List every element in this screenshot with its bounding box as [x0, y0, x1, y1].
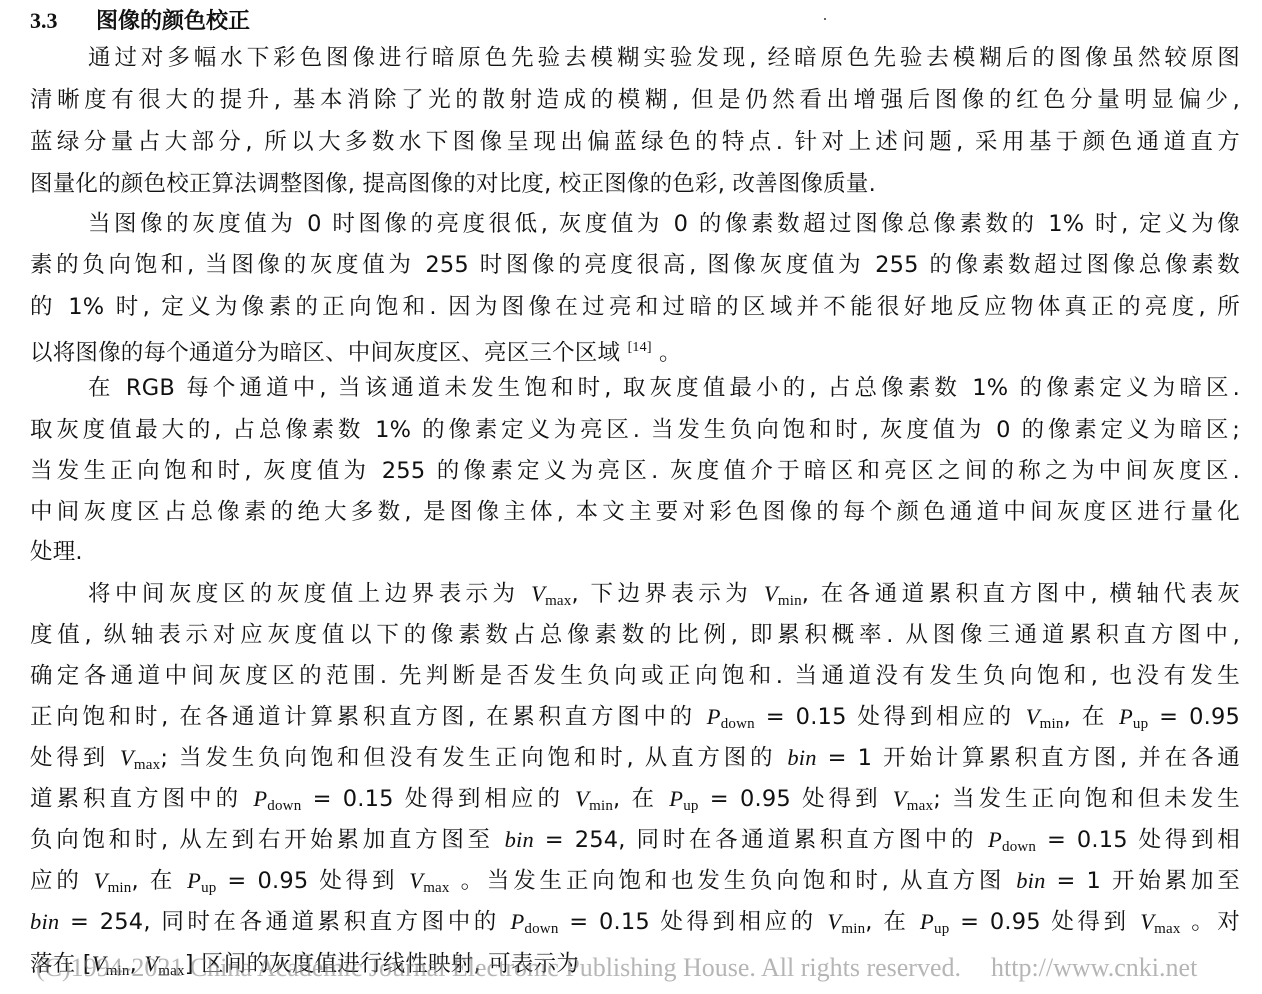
paragraph-4-line-10: 落在 [Vmin, Vmax] 区间的灰度值进行线性映射, 可表示为	[30, 944, 1240, 984]
paragraph-1-line-3: 蓝绿分量占大部分, 所以大多数水下图像呈现出偏蓝绿色的特点. 针对上述问题, 采…	[30, 122, 1240, 162]
paragraph-4-line-1: 将中间灰度区的灰度值上边界表示为 Vmax, 下边界表示为 Vmin, 在各通道…	[88, 574, 1240, 614]
paragraph-4-line-5: 处得到 Vmax; 当发生负向饱和但没有发生正向饱和时, 从直方图的 bin =…	[30, 738, 1240, 778]
paper-page: 3.3图像的颜色校正 通过对多幅水下彩色图像进行暗原色先验去模糊实验发现, 经暗…	[0, 0, 1262, 994]
paragraph-4-line-4: 正向饱和时, 在各通道计算累积直方图, 在累积直方图中的 Pdown = 0.1…	[30, 697, 1240, 737]
section-title: 图像的颜色校正	[96, 9, 250, 34]
paragraph-1-line-2: 清晰度有很大的提升, 基本消除了光的散射造成的模糊, 但是仍然看出增强后图像的红…	[30, 80, 1240, 120]
section-heading: 3.3图像的颜色校正	[30, 4, 250, 38]
paragraph-4-line-6: 道累积直方图中的 Pdown = 0.15 处得到相应的 Vmin, 在 Pup…	[30, 779, 1240, 819]
paragraph-1-line-1: 通过对多幅水下彩色图像进行暗原色先验去模糊实验发现, 经暗原色先验去模糊后的图像…	[88, 38, 1240, 78]
paragraph-4-line-7: 负向饱和时, 从左到右开始累加直方图至 bin = 254, 同时在各通道累积直…	[30, 820, 1240, 860]
paragraph-4-line-9: bin = 254, 同时在各通道累积直方图中的 Pdown = 0.15 处得…	[30, 902, 1240, 942]
paragraph-3-line-5: 处理.	[30, 532, 1240, 572]
paragraph-2-line-1: 当图像的灰度值为 0 时图像的亮度很低, 灰度值为 0 的像素数超过图像总像素数…	[88, 204, 1240, 244]
paragraph-3-line-1: 在 RGB 每个通道中, 当该通道未发生饱和时, 取灰度值最小的, 占总像素数 …	[88, 368, 1240, 408]
paragraph-1-line-4: 图量化的颜色校正算法调整图像, 提高图像的对比度, 校正图像的色彩, 改善图像质…	[30, 164, 1240, 204]
paragraph-2-line-4: 以将图像的每个通道分为暗区、中间灰度区、亮区三个区域 [14] 。	[30, 328, 1240, 368]
paragraph-4-line-8: 应的 Vmin, 在 Pup = 0.95 处得到 Vmax 。当发生正向饱和也…	[30, 861, 1240, 901]
scan-speck	[824, 18, 826, 20]
section-number: 3.3	[30, 4, 96, 38]
paragraph-4-line-2: 度值, 纵轴表示对应灰度值以下的像素数占总像素数的比例, 即累积概率. 从图像三…	[30, 615, 1240, 655]
paragraph-2-line-2: 素的负向饱和, 当图像的灰度值为 255 时图像的亮度很高, 图像灰度值为 25…	[30, 245, 1240, 285]
paragraph-3-line-2: 取灰度值最大的, 占总像素数 1% 的像素定义为亮区. 当发生负向饱和时, 灰度…	[30, 410, 1240, 450]
paragraph-2-line-3: 的 1% 时, 定义为像素的正向饱和. 因为图像在过亮和过暗的区域并不能很好地反…	[30, 287, 1240, 327]
paragraph-4-line-3: 确定各通道中间灰度区的范围. 先判断是否发生负向或正向饱和. 当通道没有发生负向…	[30, 656, 1240, 696]
paragraph-3-line-3: 当发生正向饱和时, 灰度值为 255 的像素定义为亮区. 灰度值介于暗区和亮区之…	[30, 451, 1240, 491]
citation-ref[interactable]: [14]	[628, 340, 652, 355]
paragraph-3-line-4: 中间灰度区占总像素的绝大多数, 是图像主体, 本文主要对彩色图像的每个颜色通道中…	[30, 492, 1240, 532]
